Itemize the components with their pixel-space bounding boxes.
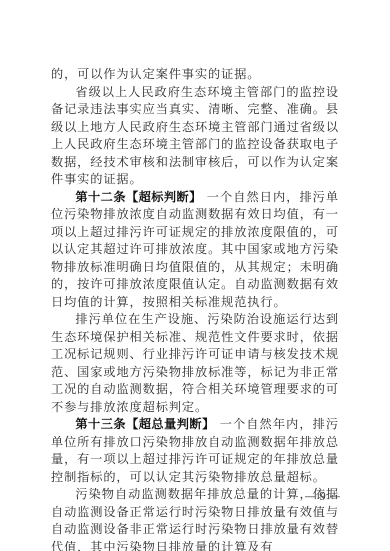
paragraph-text: 的，可以作为认定案件事实的证据。 [51, 67, 260, 81]
article-heading: 第十二条【超标判断】 [75, 190, 201, 204]
page-number: — 9 — [300, 490, 345, 503]
paragraph-text: 省级以上人民政府生态环境主管部门的监控设备记录违法事实应当真实、清晰、完整、准确… [51, 85, 339, 187]
paragraph-abnormal-conditions: 排污单位在生产设施、污染防治设施运行达到生态环境保护相关标准、规范性文件要求时，… [51, 311, 339, 416]
paragraph-text: 一个自然日内，排污单位污染物排放浓度自动监测数据有效日均值，有一项以上超过排污许… [51, 190, 339, 309]
paragraph-annual-total-calculation: 污染物自动监测数据年排放总量的计算，依据自动监测设备正常运行时污染物日排放量有效… [51, 486, 339, 551]
paragraph-text: 排污单位在生产设施、污染防治设施运行达到生态环境保护相关标准、规范性文件要求时，… [51, 312, 339, 414]
article-12: 第十二条【超标判断】 一个自然日内，排污单位污染物排放浓度自动监测数据有效日均值… [51, 189, 339, 312]
article-heading: 第十三条【超总量判断】 [75, 417, 214, 431]
paragraph-text: 污染物自动监测数据年排放总量的计算，依据自动监测设备正常运行时污染物日排放量有效… [51, 487, 339, 551]
document-body: 的，可以作为认定案件事实的证据。 省级以上人民政府生态环境主管部门的监控设备记录… [51, 66, 339, 551]
paragraph-continuation: 的，可以作为认定案件事实的证据。 [51, 66, 339, 84]
document-page: 的，可以作为认定案件事实的证据。 省级以上人民政府生态环境主管部门的监控设备记录… [0, 0, 390, 551]
paragraph-monitoring-evidence: 省级以上人民政府生态环境主管部门的监控设备记录违法事实应当真实、清晰、完整、准确… [51, 84, 339, 189]
article-13: 第十三条【超总量判断】 一个自然年内，排污单位所有排放口污染物排放自动监测数据年… [51, 416, 339, 486]
